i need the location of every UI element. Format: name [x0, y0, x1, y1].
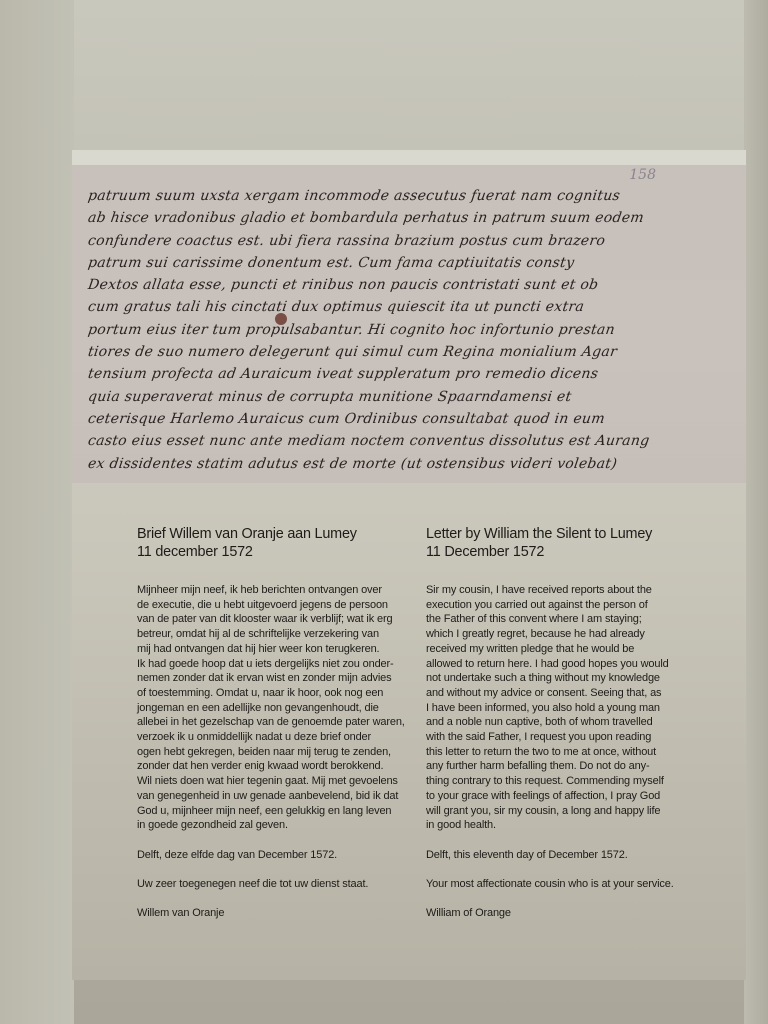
manuscript-line: confundere coactus est. ubi fiera rassin… — [86, 230, 737, 252]
manuscript-lines: patruum suum uxsta xergam incommode asse… — [88, 185, 736, 475]
manuscript-line: tensium profecta ad Auraicum iveat suppl… — [86, 363, 737, 385]
manuscript-line: cum gratus tali his cinctati dux optimus… — [86, 296, 737, 318]
dutch-closing: Uw zeer toegenegen neef die tot uw diens… — [137, 877, 427, 892]
english-letter-text: Sir my cousin, I have received reports a… — [426, 583, 716, 833]
dutch-date: 11 december 1572 — [137, 544, 253, 560]
manuscript-line: patruum suum uxsta xergam incommode asse… — [86, 185, 737, 207]
manuscript-line: ab hisce vradonibus gladio et bombardula… — [86, 207, 737, 229]
english-body: Sir my cousin, I have received reports a… — [426, 583, 716, 921]
dutch-title-text: Brief Willem van Oranje aan Lumey — [137, 526, 357, 542]
english-closing: Your most affectionate cousin who is at … — [426, 877, 716, 892]
folio-number: 158 — [629, 167, 656, 183]
wall-right — [744, 0, 768, 1024]
translation-area: Brief Willem van Oranje aan Lumey 11 dec… — [72, 483, 746, 980]
manuscript-line: portum eius iter tum propulsabantur. Hi … — [86, 319, 737, 341]
english-date: 11 December 1572 — [426, 544, 544, 560]
manuscript-line: Dextos allata esse, puncti et rinibus no… — [86, 274, 737, 296]
manuscript-facsimile: 158 patruum suum uxsta xergam incommode … — [72, 165, 746, 483]
panel-top-strip — [72, 150, 746, 165]
dutch-signature: Willem van Oranje — [137, 906, 427, 921]
manuscript-line: ex dissidentes statim adutus est de mort… — [86, 453, 737, 475]
english-signature: William of Orange — [426, 906, 716, 921]
manuscript-line: casto eius esset nunc ante mediam noctem… — [86, 430, 737, 452]
wall-left — [0, 0, 74, 1024]
manuscript-line: tiores de suo numero delegerunt qui simu… — [86, 341, 737, 363]
english-title-text: Letter by William the Silent to Lumey — [426, 526, 652, 542]
manuscript-line: patrum sui carissime donentum est. Cum f… — [86, 252, 737, 274]
dutch-place-date: Delft, deze elfde dag van December 1572. — [137, 848, 427, 863]
english-title: Letter by William the Silent to Lumey 11… — [426, 525, 716, 561]
dutch-body: Mijnheer mijn neef, ik heb berichten ont… — [137, 583, 427, 921]
english-column: Letter by William the Silent to Lumey 11… — [426, 525, 716, 936]
manuscript-line: ceterisque Harlemo Auraicus cum Ordinibu… — [86, 408, 737, 430]
dutch-letter-text: Mijnheer mijn neef, ik heb berichten ont… — [137, 583, 427, 833]
dutch-column: Brief Willem van Oranje aan Lumey 11 dec… — [137, 525, 427, 936]
manuscript-line: quia superaverat minus de corrupta munit… — [86, 386, 737, 408]
dutch-title: Brief Willem van Oranje aan Lumey 11 dec… — [137, 525, 427, 561]
english-place-date: Delft, this eleventh day of December 157… — [426, 848, 716, 863]
